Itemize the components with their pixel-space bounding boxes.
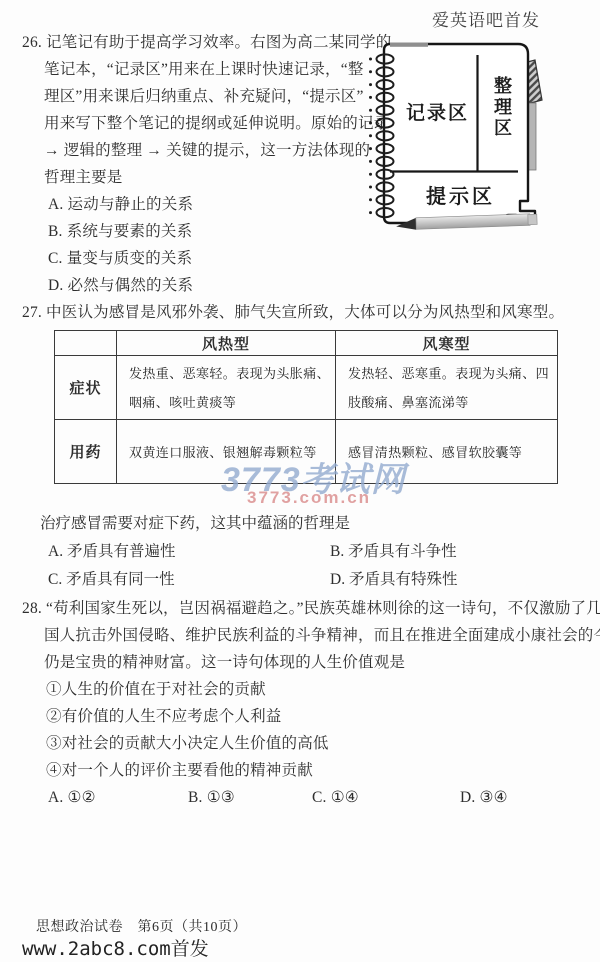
question-28: 28. “苟利国家生死以，岂因祸福避趋之。”民族英雄林则徐的这一诗句，不仅激励了… [22, 595, 594, 811]
question-28-line: 仍是宝贵的精神财富。这一诗句体现的人生价值观是 [22, 649, 594, 676]
question-27-option-b: B. 矛盾具有斗争性 [330, 538, 457, 565]
exam-page: 爱英语吧首发 26. 记笔记有助于提高学习效率。右图为高二某同学的 笔记本，“记… [0, 0, 600, 962]
question-26-option-d: D. 必然与偶然的关系 [22, 272, 582, 299]
table-header-cold: 风寒型 [336, 331, 557, 356]
question-28-option-c: C. ①④ [312, 784, 359, 811]
question-28-item-1: ①人生的价值在于对社会的贡献 [22, 676, 594, 703]
watermark-site-url: 3773.com.cn [247, 488, 371, 508]
table-corner-cell [55, 331, 117, 356]
binding-mark [390, 43, 428, 47]
table-header-hot: 风热型 [117, 331, 336, 356]
question-27-stem: 治疗感冒需要对症下药，这其中蕴涵的哲理是 [40, 510, 350, 537]
question-28-item-2: ②有价值的人生不应考虑个人利益 [22, 703, 594, 730]
table-cell-symptom-cold: 发热轻、恶寒重。表现为头痛、四 肢酸痛、鼻塞流涕等 [336, 356, 557, 420]
question-28-option-d: D. ③④ [460, 784, 508, 811]
hint-area-label: 提示区 [426, 180, 495, 209]
question-28-item-3: ③对社会的贡献大小决定人生价值的高低 [22, 730, 594, 757]
footer-page-info: 思想政治试卷 第6页（共10页） [36, 916, 247, 936]
record-area-label: 记录区 [406, 98, 469, 125]
question-28-line: 28. “苟利国家生死以，岂因祸福避趋之。”民族英雄林则徐的这一诗句，不仅激励了… [22, 595, 594, 622]
table-cell-symptom-hot: 发热重、恶寒轻。表现为头胀痛、 咽痛、咳吐黄痰等 [117, 356, 336, 420]
footer-url: www.2abc8.com首发 [22, 934, 209, 961]
notebook-diagram: 记录区 整理区 提示区 [368, 36, 560, 232]
header-publisher: 爱英语吧首发 [432, 6, 540, 31]
question-28-option-a: A. ①② [48, 784, 96, 811]
question-26-option-c: C. 量变与质变的关系 [22, 245, 582, 272]
question-28-option-b: B. ①③ [188, 784, 235, 811]
question-27-option-a: A. 矛盾具有普遍性 [48, 538, 175, 565]
question-27-option-d: D. 矛盾具有特殊性 [330, 566, 457, 593]
table-row-label-medicine: 用药 [55, 420, 117, 483]
organize-area-label: 整理区 [489, 76, 515, 139]
table-row-label-symptom: 症状 [55, 356, 117, 420]
question-27-option-c: C. 矛盾具有同一性 [48, 566, 175, 593]
question-28-options-row: A. ①② B. ①③ C. ①④ D. ③④ [22, 784, 594, 811]
question-28-item-4: ④对一个人的评价主要看他的精神贡献 [22, 757, 594, 784]
question-28-line: 国人抗击外国侵略、维护民族利益的斗争精神，而且在推进全面建成小康社会的今天， [22, 622, 594, 649]
question-27-intro: 27. 中医认为感冒是风邪外袭、肺气失宣所致，大体可以分为风热型和风寒型。 [22, 299, 582, 326]
